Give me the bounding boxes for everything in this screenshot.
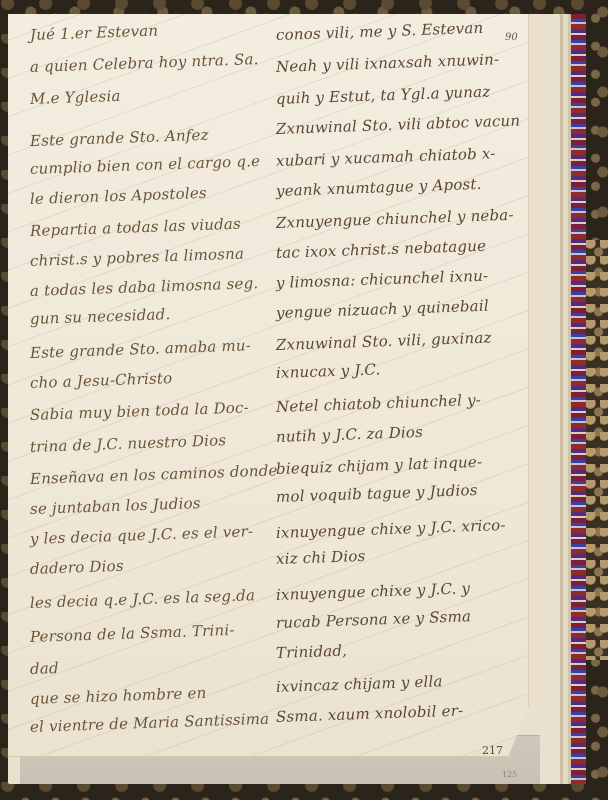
text-line: dadero Dios bbox=[30, 557, 124, 578]
marbled-page-edge bbox=[571, 14, 586, 784]
marbled-cover-edge bbox=[586, 240, 608, 660]
text-line: Trinidad, bbox=[276, 642, 348, 662]
manuscript-page: 90 Jué 1.er Estevan a quien Celebra hoy … bbox=[8, 14, 529, 757]
folio-number: 90 bbox=[505, 32, 518, 43]
text-line: xiz chi Dios bbox=[276, 547, 366, 568]
archive-stamp-number: 125 bbox=[502, 770, 517, 779]
text-line: dad bbox=[30, 659, 59, 678]
text-line: M.e Yglesia bbox=[30, 87, 121, 108]
text-line: ixnucax y J.C. bbox=[276, 360, 381, 382]
page-number: 217 bbox=[482, 744, 503, 757]
